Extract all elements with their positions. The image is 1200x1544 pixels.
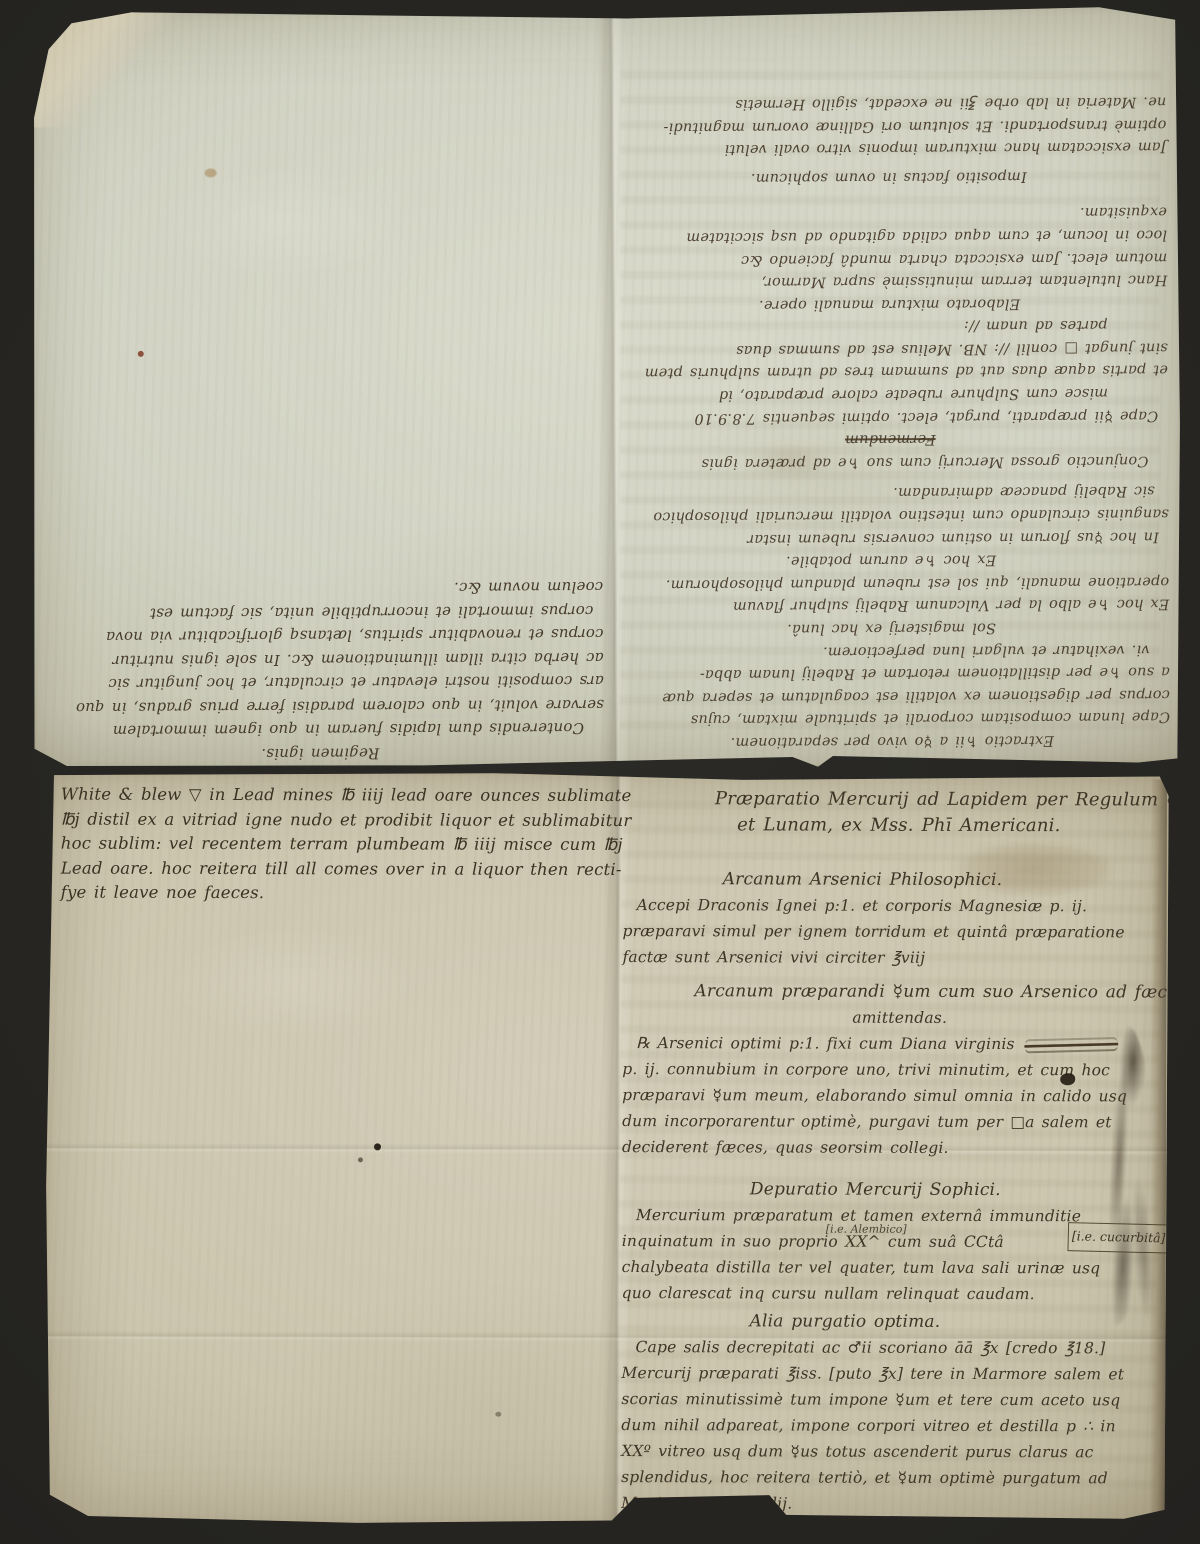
manuscript-line: vi. vexihatur et vulgari luna perfectior…	[614, 638, 1170, 664]
manuscript-line: Cape lunam compositam corporali et spiri…	[614, 705, 1170, 731]
manuscript-line: Accepi Draconis Ignei p:1. et corporis M…	[623, 892, 1175, 919]
manuscript-line: partes ad unam //:	[612, 313, 1168, 339]
manuscript-line: p. ij. connubium in corpore uno, trivi m…	[622, 1056, 1174, 1083]
foxing-speck	[495, 1412, 501, 1417]
manuscript-line-text: ℞ Arsenici optimi p:1. fixi cum Diana vi…	[636, 1034, 1014, 1053]
recipe-title-line-2: et Lunam, ex Mss. Phī Americani.	[623, 812, 1175, 839]
manuscript-line: exquisitam.	[611, 200, 1167, 226]
manuscript-line: XXº vitreo usq dum ☿us totus ascenderit …	[621, 1438, 1173, 1465]
manuscript-line-text: inquinatum in suo proprio XX^ cum suâ CC…	[622, 1232, 1004, 1251]
section-heading-depuratio: Depuratio Mercurij Sophici.	[622, 1176, 1174, 1203]
manuscript-line: factæ sunt Arsenici vivi circiter ℥viij	[622, 944, 1174, 971]
section-heading-arcanum-praeparandi: Arcanum præparandi ☿um cum suo Arsenico …	[622, 978, 1174, 1005]
manuscript-line: Impositio factus in ovum sophicum.	[611, 164, 1167, 190]
manuscript-line-struck: Fermendum	[612, 426, 1168, 452]
english-note-line: Lead oare. hoc reitera till all comes ov…	[61, 856, 621, 882]
manuscript-line: servare voluit, in quo calorem paradisi …	[36, 693, 604, 720]
manuscript-line: ars compositi nostri elevatur et circula…	[36, 669, 604, 696]
english-note-line: fye it leave noe faeces.	[61, 881, 621, 907]
english-note-line: hoc sublim: vel recentem terram plumbeam…	[61, 832, 621, 858]
scribble-strikethrough	[1025, 1039, 1119, 1051]
manuscript-line: ne. Materia in lab orbe ℥ii ne excedat, …	[610, 90, 1166, 116]
manuscript-line: Ex hoc ♄e aurum potabile.	[613, 547, 1169, 573]
regimen-heading: Regimen ignis.	[36, 740, 604, 767]
manuscript-line: Conterendis dum lapidis fueram in quo ig…	[36, 716, 604, 743]
manuscript-line: loco in locum, et cum aqua calida agitan…	[611, 223, 1167, 249]
manuscript-line: præparavi ☿um meum, elaborando simul omn…	[622, 1082, 1174, 1109]
manuscript-line: scorias minutissimè tum impone ☿um et te…	[621, 1386, 1173, 1413]
manuscript-line: Ex hoc ♄e albo la per Vulcanum Rabelij s…	[613, 592, 1169, 618]
manuscript-line: a suo ♄e per distillationem retortam et …	[614, 660, 1170, 686]
latin-recipe-page: Præparatio Mercurij ad Lapidem per Regul…	[621, 786, 1175, 1517]
interlinear-note-alembico: [i.e. Alembico]	[826, 1217, 907, 1243]
manuscript-line: corpus et renovabitur spiritus, lætansq …	[35, 622, 603, 649]
manuscript-line: corpus per digestionem ex volatili est c…	[614, 683, 1170, 709]
ink-blot	[1060, 1073, 1075, 1085]
manuscript-line: inquinatum in suo proprio XX^ cum suâ CC…	[622, 1228, 1174, 1255]
foxing-speck	[358, 1157, 363, 1162]
manuscript-line: et partis aquæ duas aut ad summam tres a…	[612, 358, 1168, 384]
manuscript-line: motum elect. Jam exsiccata charta mundâ …	[611, 246, 1167, 272]
manuscript-line: Jam exsiccatam hanc mixturam imponis vit…	[610, 135, 1166, 161]
manuscript-line: sint jungat □ conlil //: NB. Melius est …	[612, 336, 1168, 362]
manuscript-line: Extractio ♄ii a ☿o vivo per separationem…	[614, 728, 1170, 754]
manuscript-line: Magisterium Rabelij.	[621, 1490, 1173, 1517]
marginal-note-cucurbita: [i.e. cucurbitâ]	[1067, 1222, 1169, 1253]
bottom-sheet: White & blew ▽ in Lead mines ℔ iiij lead…	[43, 771, 1171, 1530]
manuscript-line: In hoc ☿us florum in ostium conversis ru…	[613, 525, 1169, 551]
manuscript-line: misce cum Sulphure rubeate calore præpar…	[612, 381, 1168, 407]
manuscript-line: operatione manuali, qui sol est rubeum p…	[613, 570, 1169, 596]
section-heading-arcanum-praeparandi-2: amittendas.	[622, 1004, 1174, 1031]
manuscript-line: deciderent fæces, quas seorsim collegi.	[622, 1134, 1174, 1161]
manuscript-line: Conjunctio grossa Mercurij cum suo ♄e ad…	[612, 449, 1168, 475]
stain	[138, 351, 144, 357]
manuscript-line: splendidus, hoc reitera tertiò, et ☿um o…	[621, 1464, 1173, 1491]
worn-corner	[24, 7, 195, 128]
manuscript-line: chalybeata distilla ter vel quater, tum …	[622, 1254, 1174, 1281]
top-sheet: Extractio ♄ii a ☿o vivo per separationem…	[28, 4, 1185, 771]
manuscript-line: Elaborato mixtura manuali opere.	[611, 291, 1167, 317]
manuscript-line: quo clarescat inq cursu nullam relinquat…	[622, 1280, 1174, 1307]
recipe-title-line-1: Præparatio Mercurij ad Lapidem per Regul…	[623, 786, 1175, 813]
manuscript-line: optimè transportandi. Et solutum ori Gal…	[610, 113, 1166, 139]
manuscript-line: ℞ Arsenici optimi p:1. fixi cum Diana vi…	[622, 1030, 1174, 1057]
english-note-block: White & blew ▽ in Lead mines ℔ iiij lead…	[61, 783, 621, 907]
manuscript-line: Cape ☿ii præparati, purgat, elect. optim…	[612, 404, 1168, 430]
section-heading-arcanum-arsenici: Arcanum Arsenici Philosophici.	[623, 866, 1175, 893]
section-heading-alia-purgatio: Alia purgatio optima.	[622, 1308, 1174, 1335]
english-note-line: ℔j distil ex a vitriad igne nudo et prod…	[61, 807, 621, 833]
foxing-speck	[374, 1143, 381, 1150]
manuscript-line: Hanc lutulentam terram minutissimè supra…	[611, 268, 1167, 294]
photo-mount: { "photo": { "background_color": "#24232…	[0, 0, 1200, 1544]
manuscript-line: sic Rabelij panaceæ admirandam.	[613, 479, 1169, 505]
manuscript-line: coelum novum &c.	[35, 575, 603, 602]
upside-down-notes-page: Extractio ♄ii a ☿o vivo per separationem…	[610, 89, 1170, 754]
regimen-ignis-block: Regimen ignis. Conterendis dum lapidis f…	[35, 573, 604, 766]
manuscript-line: præparavi simul per ignem torridum et qu…	[623, 918, 1175, 945]
manuscript-line: ac herba citra illam illuminationem &c. …	[36, 646, 604, 673]
english-note-line: White & blew ▽ in Lead mines ℔ iiij lead…	[61, 783, 621, 809]
manuscript-line: Sol magisterij ex hac lunâ.	[613, 615, 1169, 641]
manuscript-line: Mercurij præparati ℥iss. [puto ℥x] tere …	[621, 1360, 1173, 1387]
stain	[205, 168, 217, 177]
manuscript-line: dum nihil adpareat, impone corpori vitre…	[621, 1412, 1173, 1439]
manuscript-line: sanguinis circulando cum intestino volat…	[613, 502, 1169, 528]
manuscript-line: corpus immortali et incorruptibile unita…	[35, 599, 603, 626]
manuscript-line: dum incorporarentur optimè, purgavi tum …	[622, 1108, 1174, 1135]
manuscript-line: Cape salis decrepitati ac ♂ii scoriano ā…	[621, 1334, 1173, 1361]
